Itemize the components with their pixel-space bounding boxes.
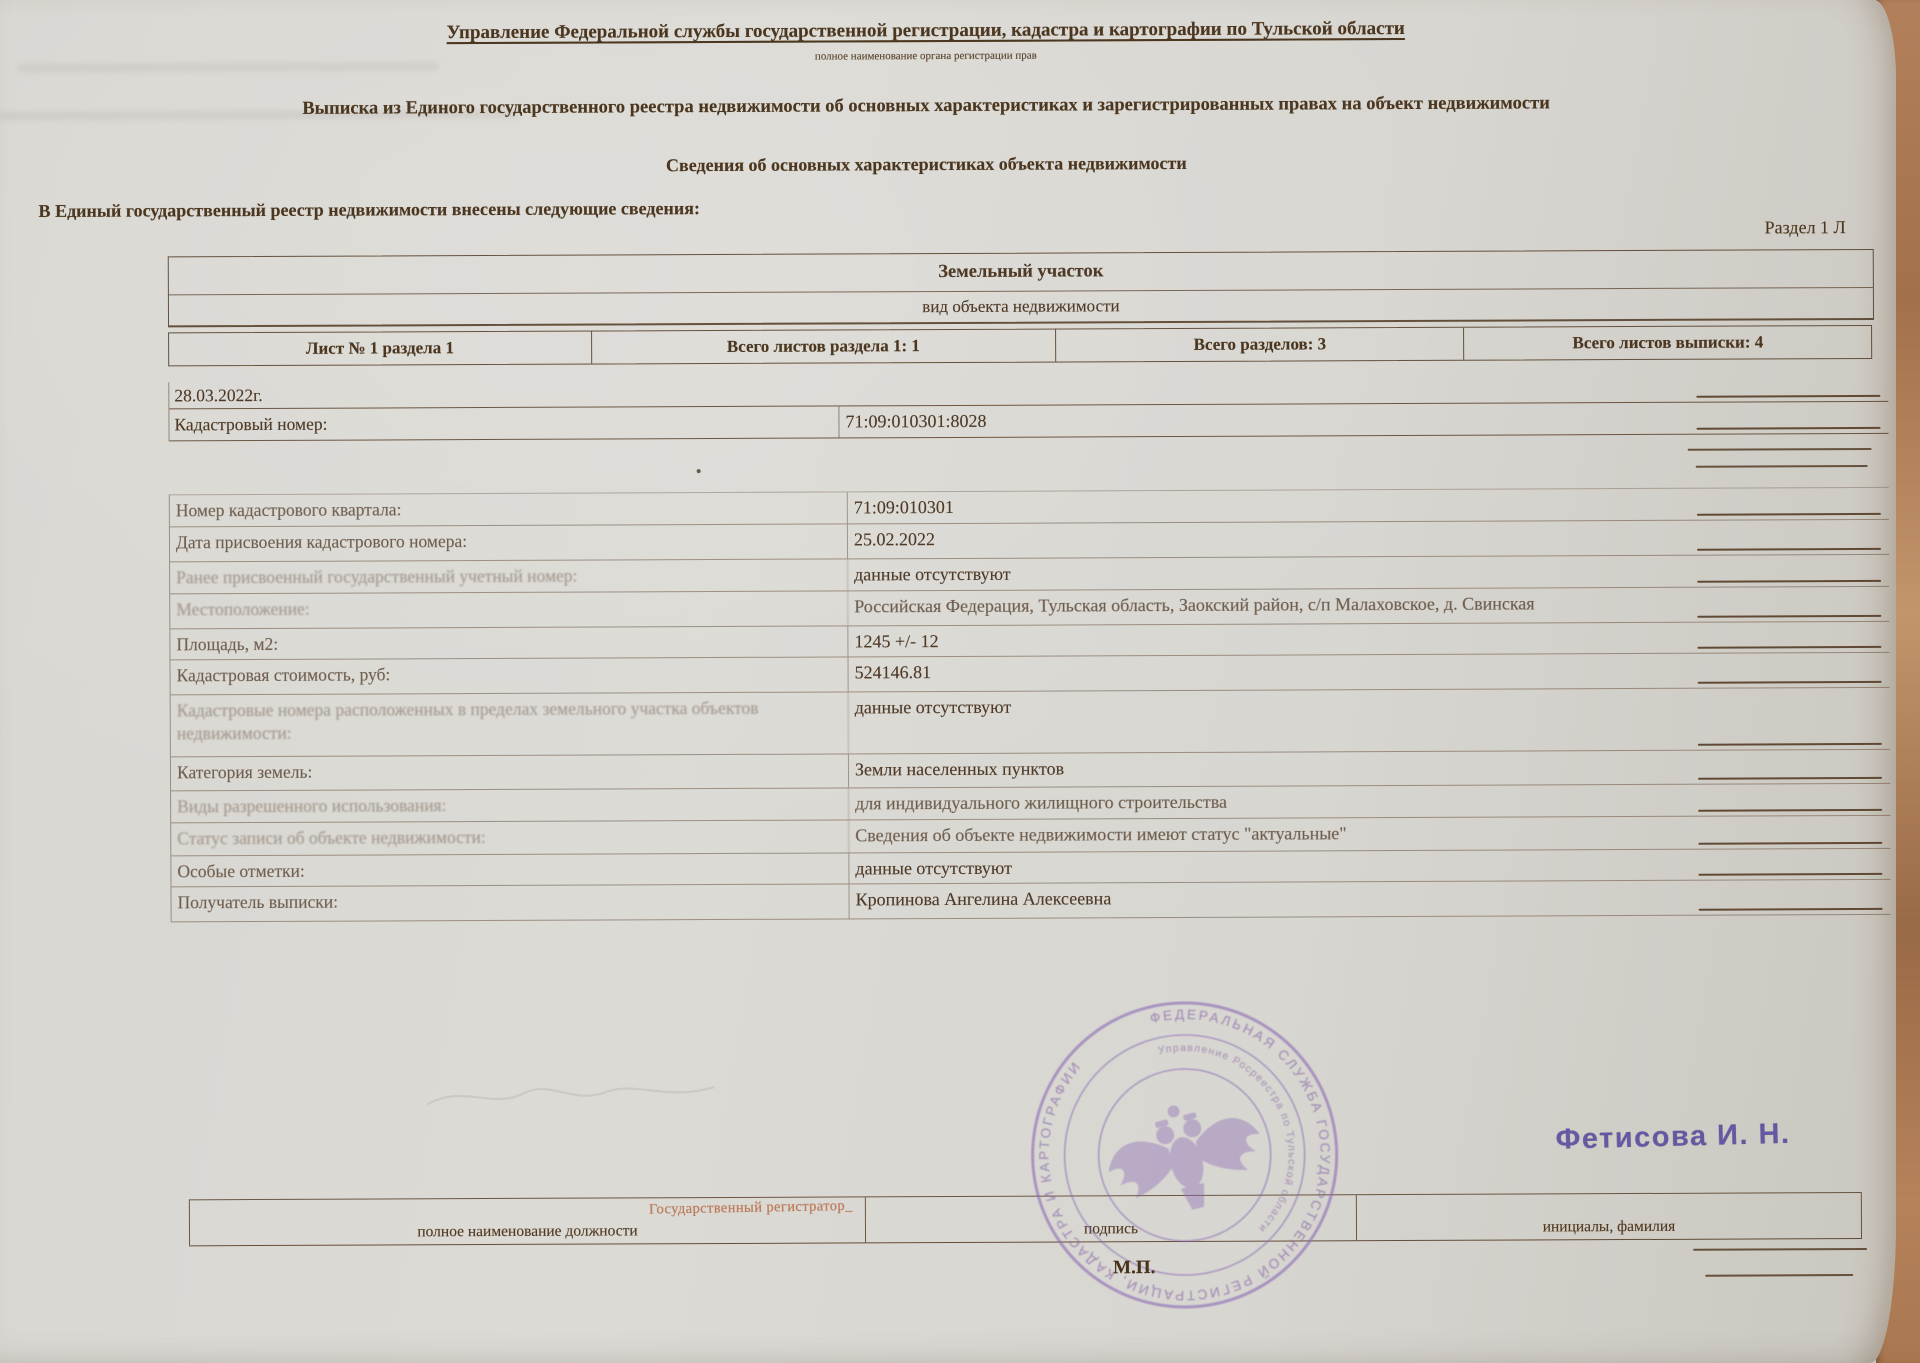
attribute-value: данные отсутствуют <box>848 555 1889 591</box>
attribute-value: Российская Федерация, Тульская область, … <box>848 587 1889 626</box>
attribute-label: Категория земель: <box>171 754 849 790</box>
attribute-label: Кадастровая стоимость, руб: <box>170 657 848 694</box>
attribute-label: Виды разрешенного использования: <box>171 788 849 822</box>
attribute-value: 1245 +/- 12 <box>848 622 1889 657</box>
attribute-label: Дата присвоения кадастрового номера: <box>170 524 848 561</box>
section-title: Сведения об основных характеристиках объ… <box>38 150 1814 179</box>
page-edge-line <box>1696 465 1868 468</box>
attribute-row: Получатель выписки:Кропинова Ангелина Ал… <box>171 880 1890 923</box>
attribute-value: для индивидуального жилищного строительс… <box>849 784 1890 820</box>
seal-place-mark: М.П. <box>1113 1257 1155 1279</box>
attribute-value: 25.02.2022 <box>848 520 1889 559</box>
document-title: Выписка из Единого государственного реес… <box>38 92 1814 121</box>
attribute-label: Статус записи об объекте недвижимости: <box>171 820 849 855</box>
official-seal-stamp: ФЕДЕРАЛЬНАЯ СЛУЖБА ГОСУДАРСТВЕННОЙ РЕГИС… <box>978 948 1391 1361</box>
attribute-value: Земли населенных пунктов <box>849 750 1890 788</box>
sheet-info-cell: Лист № 1 раздела 1 <box>169 332 592 366</box>
attribute-label: Площадь, м2: <box>170 626 848 659</box>
sheet-info-row: Лист № 1 раздела 1Всего листов раздела 1… <box>168 325 1872 366</box>
faint-signature-scribble <box>422 1063 722 1124</box>
attribute-label: Номер кадастрового квартала: <box>170 492 848 526</box>
cadastral-number-row: Кадастровый номер: 71:09:010301:8028 <box>169 402 1888 442</box>
page-edge-line <box>1693 1248 1867 1251</box>
sheet-info-cell: Всего листов выписки: 4 <box>1465 326 1872 360</box>
attribute-label: Ранее присвоенный государственный учетны… <box>170 559 848 593</box>
registrar-name-stamp: Фетисова И. Н. <box>1555 1118 1791 1157</box>
initials-caption: инициалы, фамилия <box>1543 1218 1676 1237</box>
sheet-info-cell: Всего листов раздела 1: 1 <box>592 330 1057 364</box>
attribute-label: Местоположение: <box>170 591 848 628</box>
scanned-document-photo: Управление Федеральной службы государств… <box>0 0 1920 1363</box>
attribute-value: 71:09:010301 <box>848 488 1889 524</box>
document-content: Управление Федеральной службы государств… <box>0 0 1900 1363</box>
initials-caption-cell: инициалы, фамилия <box>1356 1193 1862 1240</box>
authority-title: Управление Федеральной службы государств… <box>38 16 1814 46</box>
object-type-table: Земельный участок вид объекта недвижимос… <box>168 249 1874 327</box>
attributes-table: Номер кадастрового квартала:71:09:010301… <box>169 487 1891 923</box>
intro-line: В Единый государственный реестр недвижим… <box>38 198 699 222</box>
attribute-value: Сведения об объекте недвижимости имеют с… <box>849 816 1890 853</box>
page-edge-line <box>1705 1274 1853 1277</box>
date-and-cadastral-table: 28.03.2022г. Кадастровый номер: 71:09:01… <box>168 375 1888 442</box>
extract-date: 28.03.2022г. <box>174 385 262 405</box>
cadastral-number-label: Кадастровый номер: <box>169 406 839 440</box>
scan-speck <box>697 469 701 473</box>
attribute-label: Получатель выписки: <box>171 884 849 921</box>
page-edge-line <box>1696 395 1880 398</box>
object-type-caption: вид объекта недвижимости <box>169 288 1873 325</box>
attribute-value: данные отсутствуют <box>849 849 1890 884</box>
double-headed-eagle-icon <box>1097 1086 1274 1227</box>
attribute-value: Кропинова Ангелина Алексеевна <box>849 880 1890 919</box>
position-caption: полное наименование должности <box>417 1222 637 1241</box>
attribute-label: Особые отметки: <box>171 853 849 886</box>
cadastral-number-value: 71:09:010301:8028 <box>839 402 1888 438</box>
attribute-value: 524146.81 <box>848 653 1889 692</box>
attribute-row: Кадастровые номера расположенных в преде… <box>171 688 1890 757</box>
sheet-info-cell: Всего разделов: 3 <box>1056 328 1465 362</box>
attribute-label: Кадастровые номера расположенных в преде… <box>171 692 849 756</box>
page-edge-line <box>1688 448 1872 451</box>
authority-caption: полное наименование органа регистрации п… <box>38 46 1814 66</box>
section-label: Раздел 1 Л <box>1765 217 1846 238</box>
